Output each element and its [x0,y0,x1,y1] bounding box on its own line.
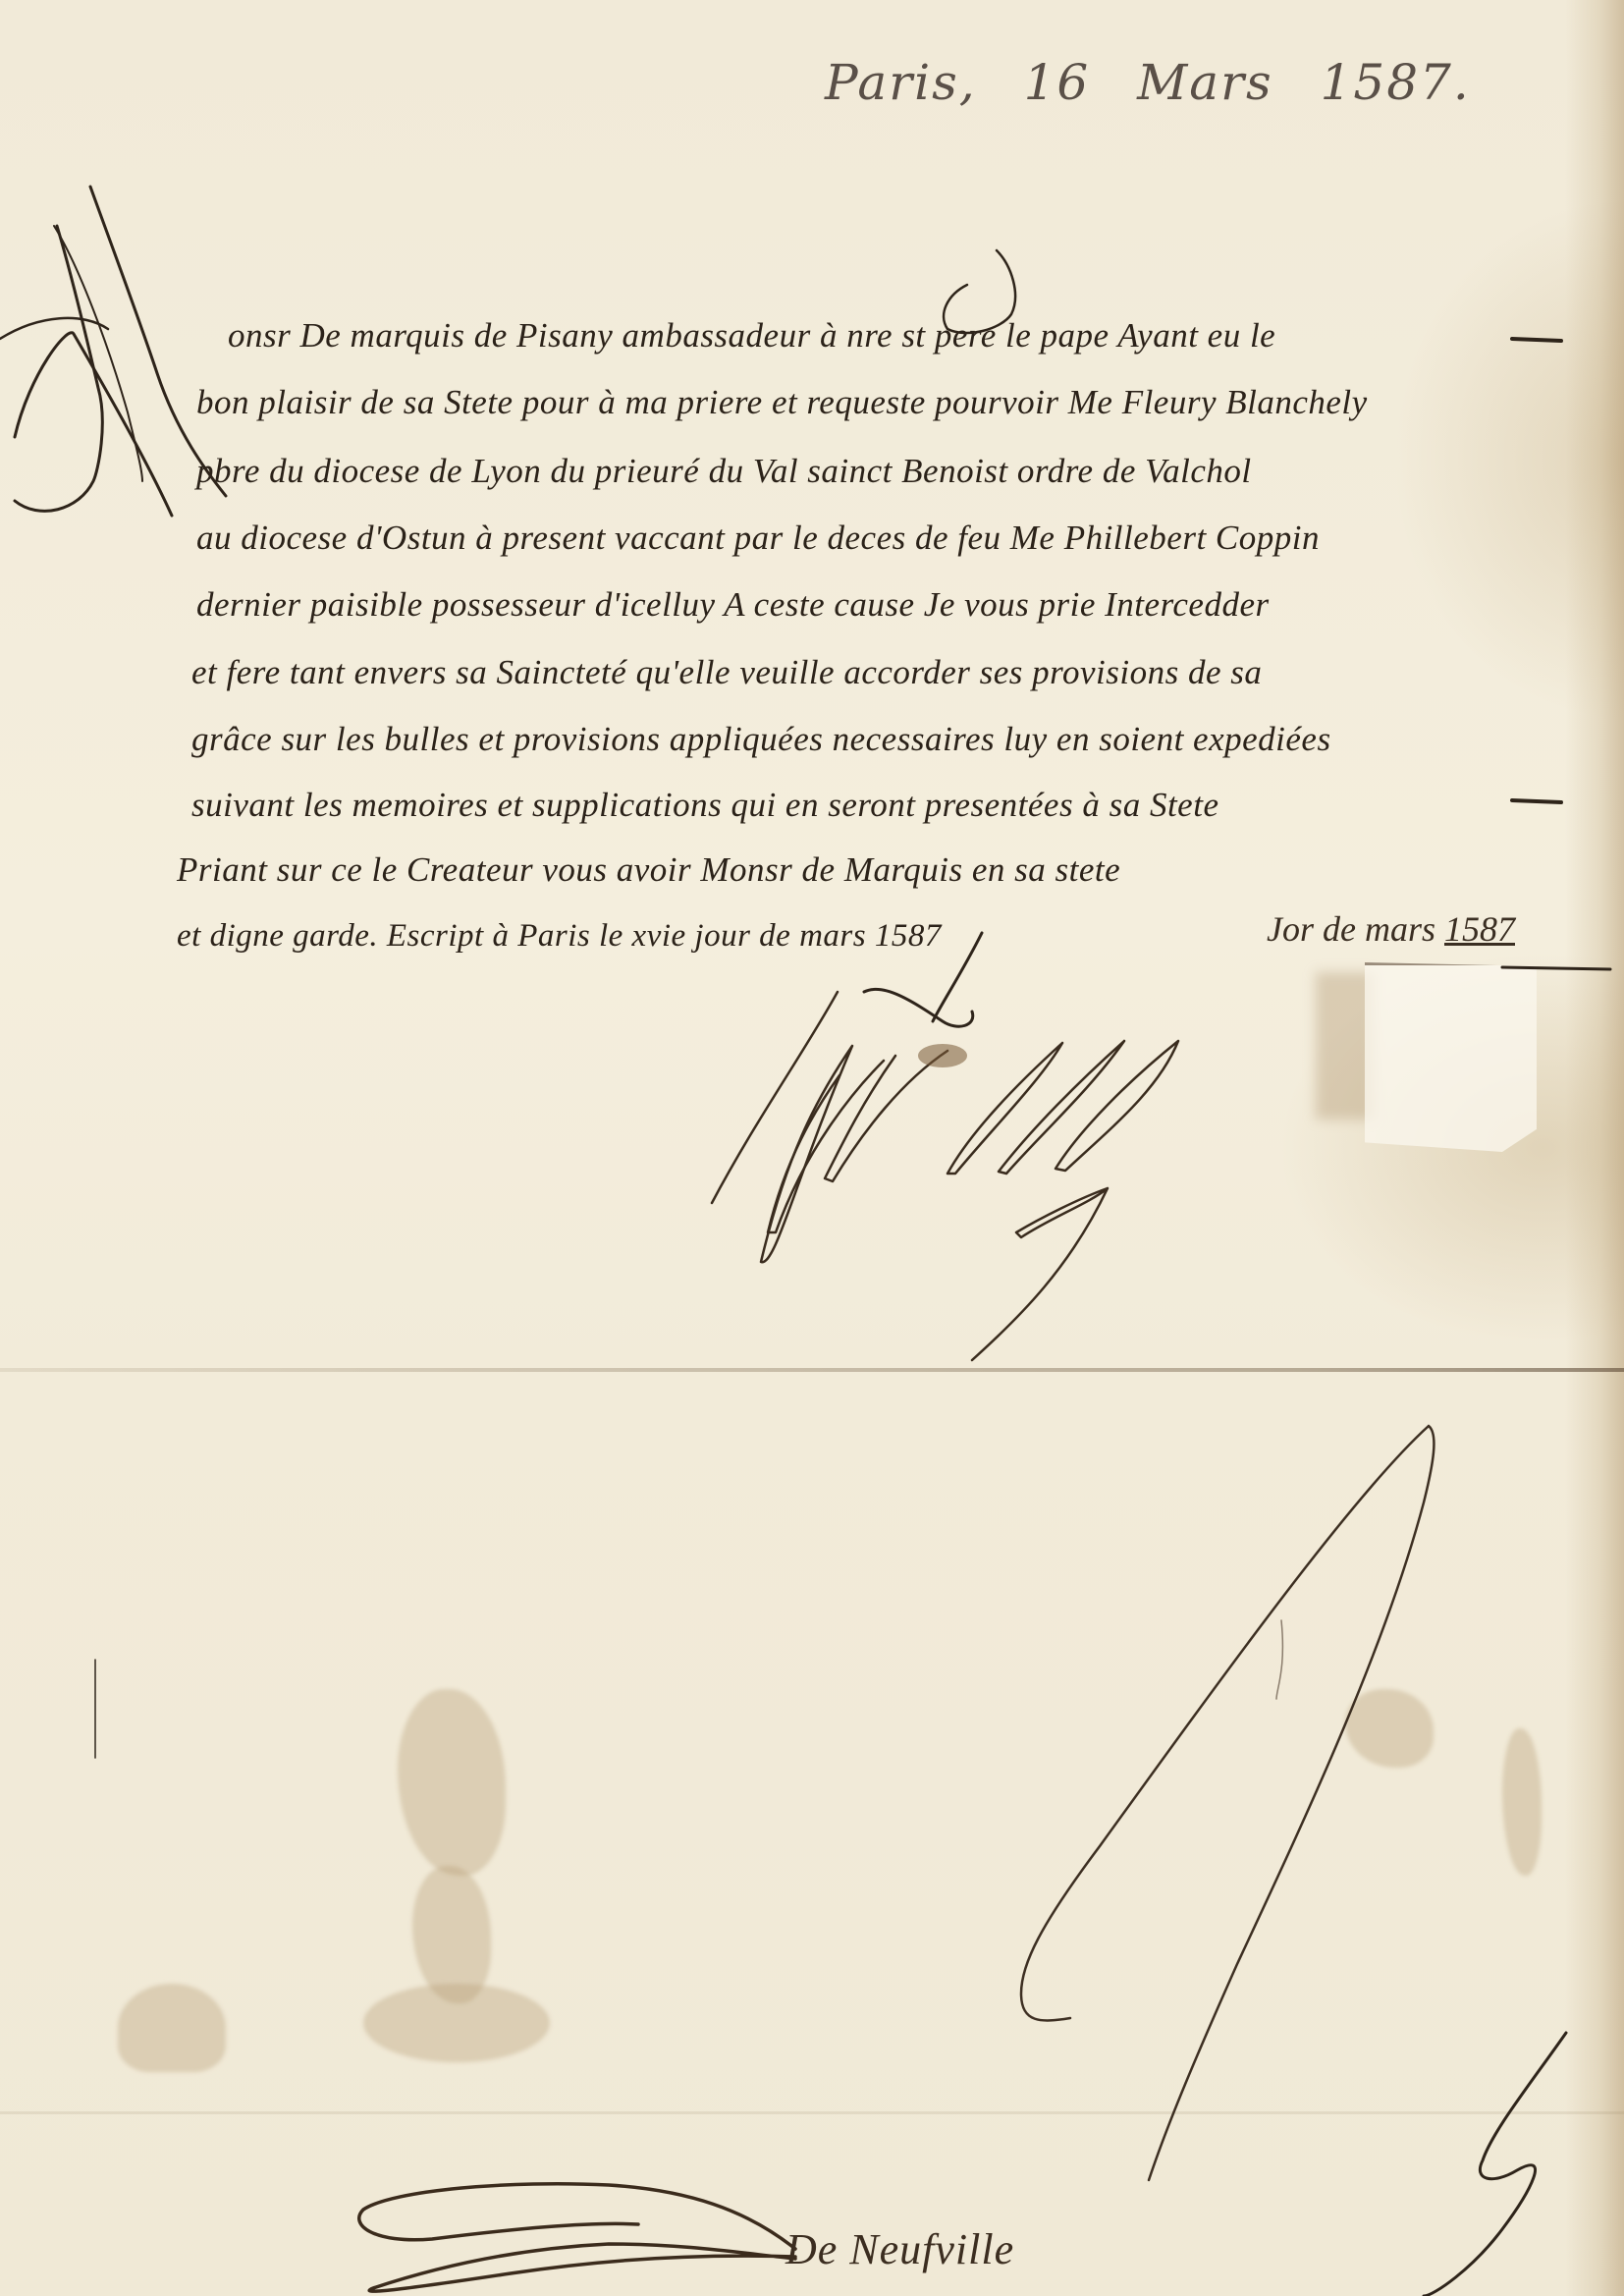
dateline-jour: Jor de [1267,909,1356,949]
line-end-dash-2 [1512,800,1561,802]
dateline: Jor de mars 1587 [1267,908,1515,950]
ink-blot [918,1044,967,1067]
pen-mark-center [1276,1620,1282,1699]
dateline-underline [1502,967,1610,969]
dateline-month: mars [1365,909,1435,949]
secretary-paraph [1424,2033,1566,2296]
line-end-dash-1 [1512,339,1561,341]
manuscript-page: Paris, 16 Mars 1587. onsr De marquis de … [0,0,1624,2296]
neufville-flourish [359,2184,795,2291]
flourish-l [864,933,982,1026]
large-paraph-loop [1021,1426,1434,2180]
dateline-year: 1587 [1444,909,1515,949]
ink-strokes [0,0,1624,2296]
countersignature-name: De Neufville [785,2224,1014,2274]
initial-letter-m [0,187,226,516]
flourish-d [944,250,1015,333]
